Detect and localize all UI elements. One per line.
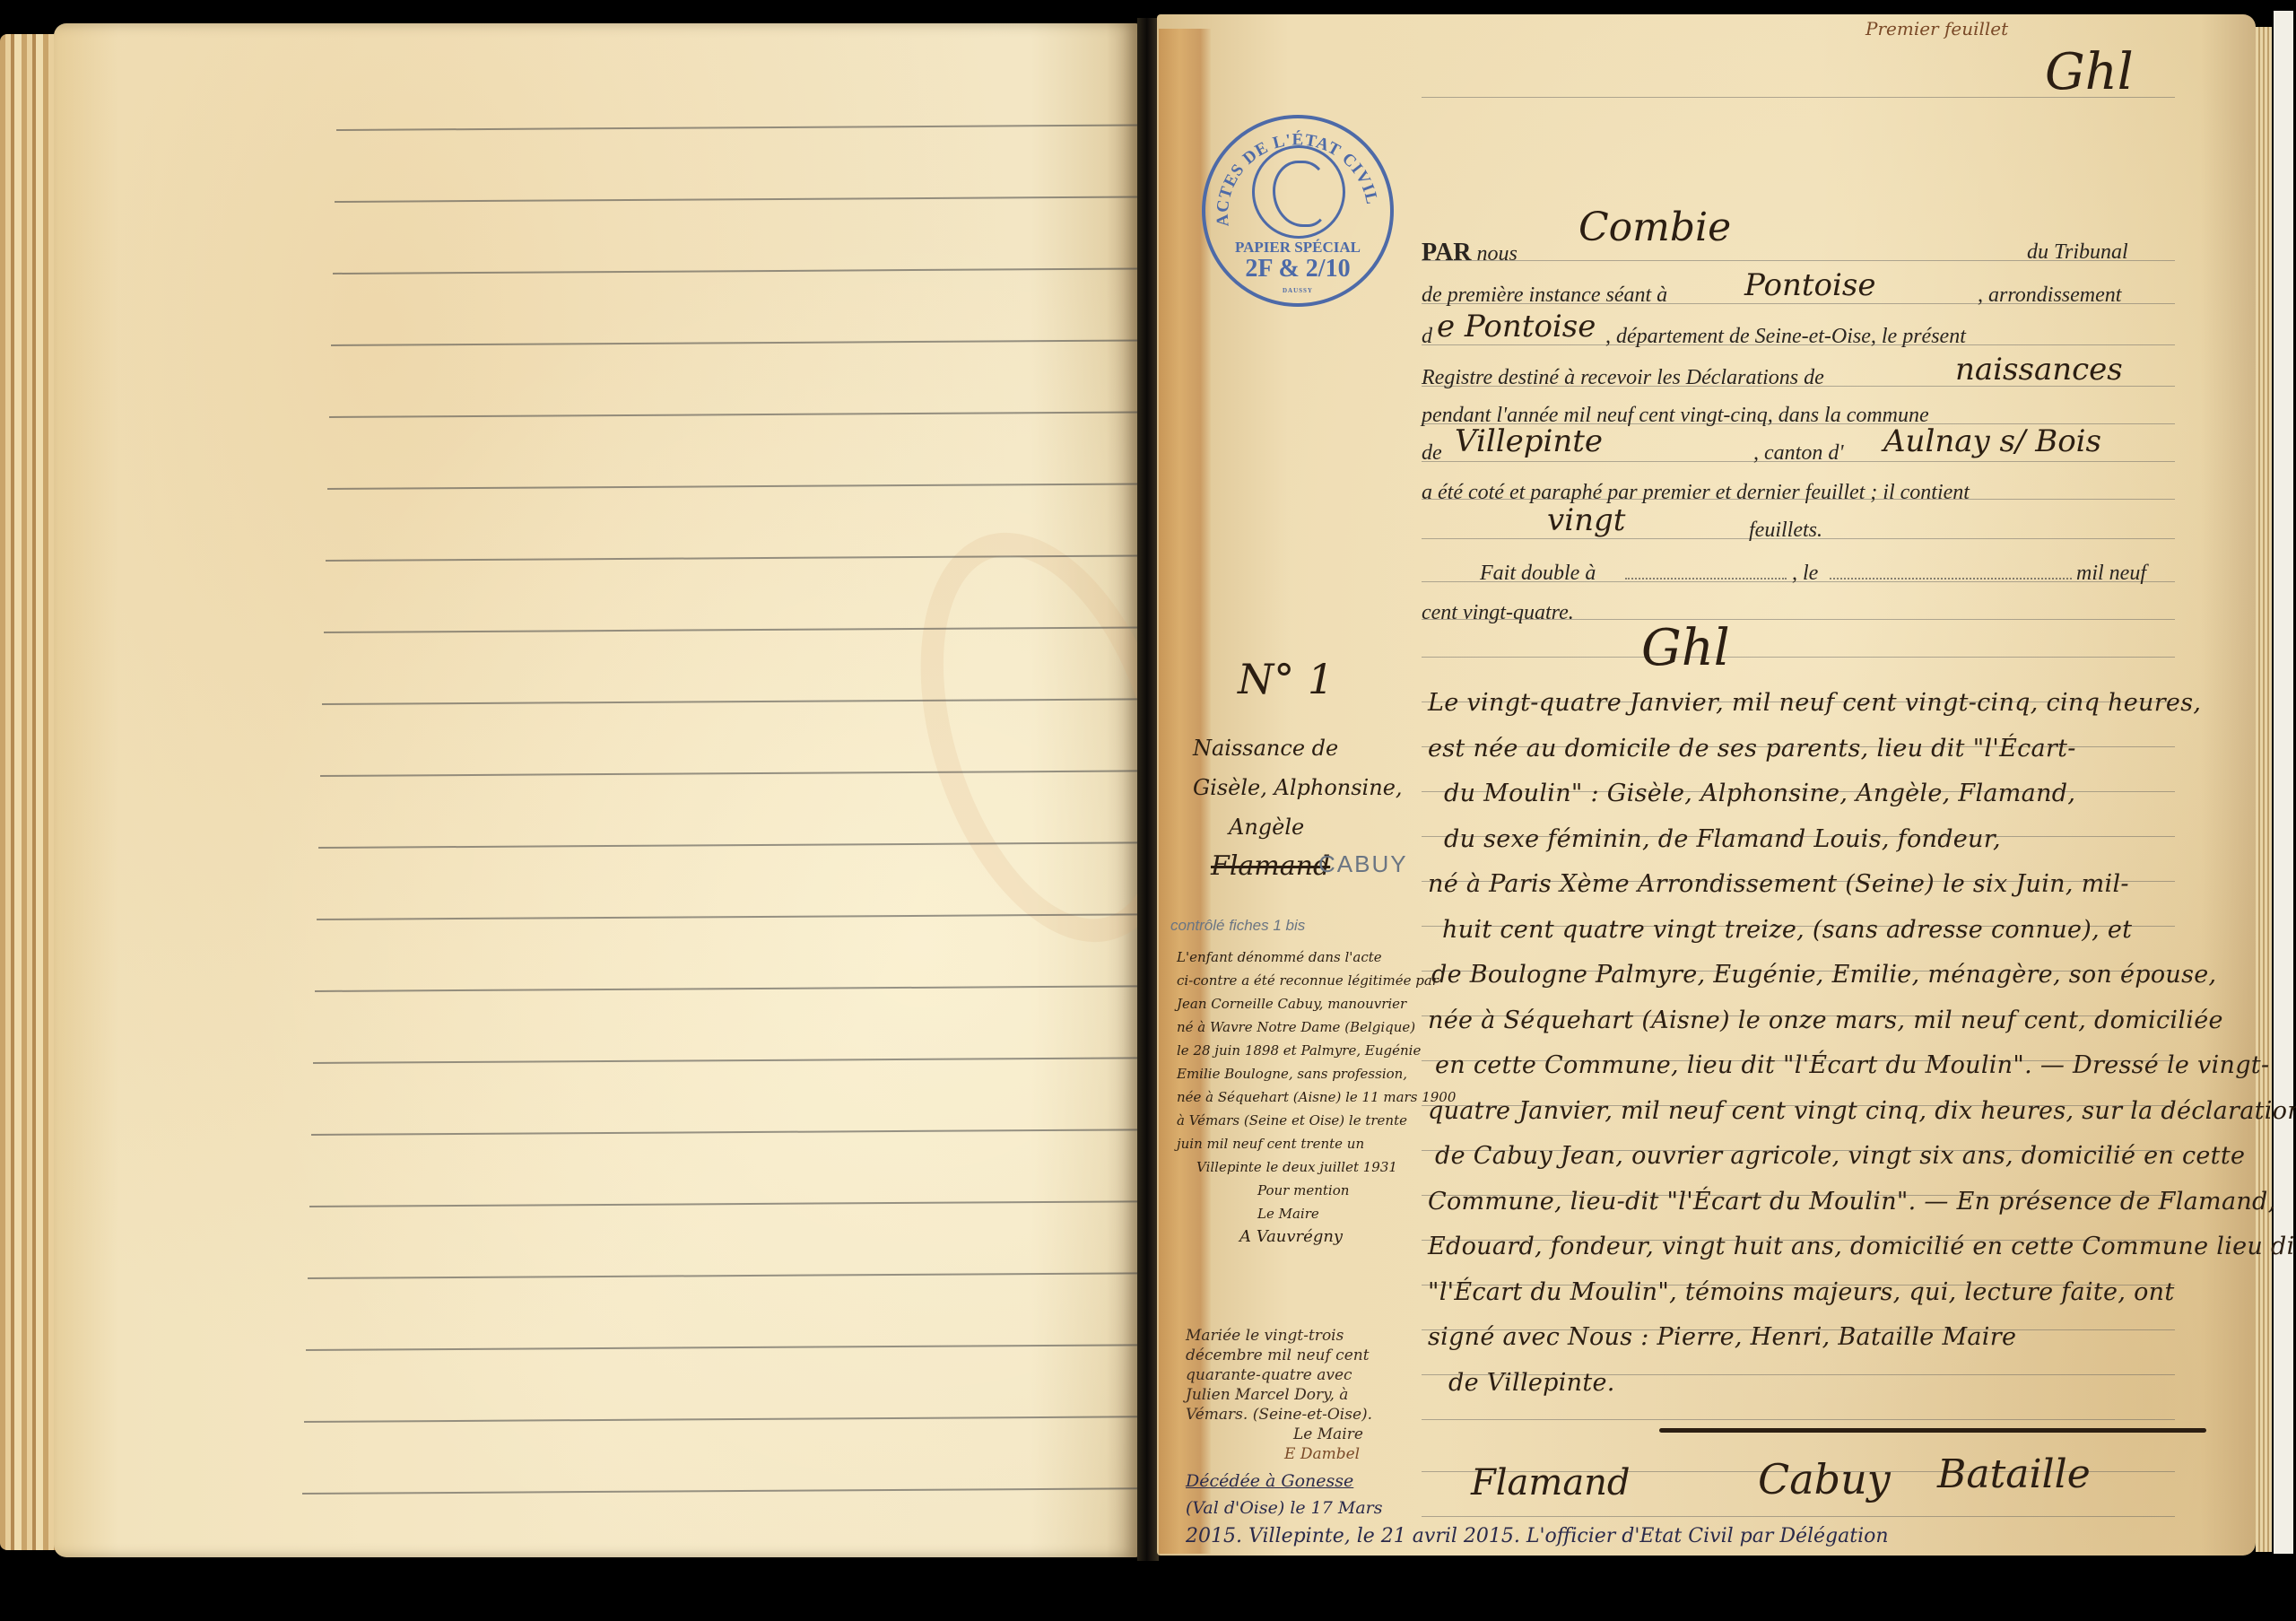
pencil-note: contrôlé fiches 1 bis	[1170, 917, 1305, 935]
act-line: de Boulogne Palmyre, Eugénie, Emilie, mé…	[1431, 961, 2216, 989]
note-line: Décédée à Gonesse	[1186, 1468, 1383, 1495]
note-line: Vémars. (Seine-et-Oise).	[1186, 1405, 1372, 1425]
note-line: Mariée le vingt-trois	[1186, 1326, 1372, 1346]
signature-cabuy: Cabuy	[1758, 1455, 1891, 1503]
note-line: (Val d'Oise) le 17 Mars	[1186, 1495, 1383, 1521]
book-gutter	[1137, 18, 1159, 1561]
tax-stamp: ACTES DE L'ÉTAT CIVIL PAPIER SPÉCIAL 2F …	[1202, 115, 1394, 307]
margin-title-line: Naissance de	[1193, 728, 1403, 768]
ruled-line	[304, 1416, 1213, 1423]
note-line: L'enfant dénommé dans l'acte	[1177, 946, 1456, 969]
register-type: naissances	[1955, 352, 2123, 388]
note-line: juin mil neuf cent trente un	[1177, 1132, 1456, 1155]
note-line: né à Wavre Notre Dame (Belgique)	[1177, 1015, 1456, 1039]
note-line: Pour mention	[1177, 1179, 1456, 1202]
form-line-1: PAR nous	[1422, 239, 1518, 267]
recognition-note: L'enfant dénommé dans l'acte ci-contre a…	[1177, 946, 1456, 1249]
header-paraph: Ghl	[1641, 619, 1730, 677]
death-note: Décédée à Gonesse (Val d'Oise) le 17 Mar…	[1186, 1468, 1383, 1521]
form-line-2-suffix: , arrondissement	[1978, 283, 2121, 308]
ruled-line	[1422, 1419, 2175, 1420]
note-line: quarante-quatre avec	[1186, 1365, 1372, 1385]
ruled-line	[329, 411, 1162, 418]
form-line-8-suffix: feuillets.	[1749, 519, 1822, 543]
page-tab	[2274, 11, 2293, 1554]
form-line-1-suffix: du Tribunal	[2027, 240, 2128, 265]
ruled-line	[315, 985, 1191, 992]
note-line: Le Maire	[1177, 1202, 1456, 1225]
tribunal-seat: Pontoise	[1744, 267, 1875, 303]
ruled-line	[311, 1129, 1198, 1136]
form-line-3-suffix: , département de Seine-et-Oise, le prése…	[1605, 325, 1966, 349]
act-line: de Cabuy Jean, ouvrier agricole, vingt s…	[1435, 1142, 2245, 1170]
stamp-maker: DAUSSY	[1205, 287, 1390, 294]
top-paraph: Ghl	[2045, 43, 2134, 101]
top-annotation: Premier feuillet	[1865, 18, 2008, 39]
margin-title-line: Angèle	[1193, 807, 1403, 847]
act-line: de Villepinte.	[1448, 1369, 1615, 1397]
note-line: ci-contre a été reconnue légitimée par	[1177, 969, 1456, 992]
form-line-6-prefix: de	[1422, 441, 1442, 466]
stamp-label: PAPIER SPÉCIAL	[1205, 239, 1390, 257]
note-line: Julien Marcel Dory, à	[1186, 1385, 1372, 1405]
ruled-line	[333, 267, 1155, 275]
marianne-head-icon	[1273, 161, 1328, 227]
act-line: né à Paris Xème Arrondissement (Seine) l…	[1428, 870, 2129, 898]
act-line: est née au domicile de ses parents, lieu…	[1428, 735, 2076, 763]
ruled-line	[308, 1272, 1205, 1279]
leaf-count: vingt	[1547, 502, 1625, 538]
margin-title-line: Gisèle, Alphonsine,	[1193, 768, 1403, 807]
note-line: le 28 juin 1898 et Palmyre, Eugénie	[1177, 1039, 1456, 1062]
act-line: signé avec Nous : Pierre, Henri, Bataill…	[1428, 1323, 2016, 1351]
form-line-3-prefix: d	[1422, 325, 1432, 349]
act-line: huit cent quatre vingt treize, (sans adr…	[1442, 916, 2132, 944]
stamp-price: 2F & 2/10	[1205, 255, 1390, 283]
right-page-edges	[2256, 27, 2272, 1552]
act-line: en cette Commune, lieu dit "l'Écart du M…	[1435, 1051, 2269, 1079]
ruled-line	[336, 124, 1148, 131]
note-line: Le Maire	[1186, 1425, 1372, 1444]
form-line-10: cent vingt-quatre.	[1422, 601, 1574, 625]
act-line: du Moulin" : Gisèle, Alphonsine, Angèle,…	[1444, 780, 2075, 807]
form-line-9-prefix: Fait double à	[1480, 562, 1596, 586]
judge-name: Combie	[1578, 205, 1731, 250]
left-page	[54, 23, 1139, 1557]
ruled-line	[306, 1344, 1209, 1351]
mayor-signature: A Vauvrégny	[1177, 1225, 1456, 1249]
act-line: du sexe féminin, de Flamand Louis, fonde…	[1444, 825, 2001, 853]
ruled-line	[1422, 1516, 2175, 1517]
act-line: Commune, lieu-dit "l'Écart du Moulin". —…	[1428, 1188, 2276, 1216]
act-number: N° 1	[1238, 655, 1334, 703]
canton-name: Aulnay s/ Bois	[1883, 423, 2101, 459]
ruled-line	[331, 339, 1159, 346]
arrondissement-name: e Pontoise	[1437, 309, 1596, 344]
marianne-medallion-icon	[1252, 145, 1345, 239]
blank-place-field	[1625, 578, 1787, 580]
ruled-line	[309, 1200, 1202, 1207]
ruled-line	[302, 1487, 1216, 1495]
ruled-line	[335, 196, 1152, 203]
note-line: décembre mil neuf cent	[1186, 1346, 1372, 1365]
ruled-line	[1422, 657, 2175, 658]
form-line-6-mid: , canton d'	[1753, 441, 1843, 466]
note-line: à Vémars (Seine et Oise) le trente	[1177, 1109, 1456, 1132]
act-line: Le vingt-quatre Janvier, mil neuf cent v…	[1428, 689, 2201, 717]
form-nous: nous	[1476, 242, 1517, 266]
form-par: PAR	[1422, 239, 1471, 266]
signature-flamand: Flamand	[1471, 1462, 1631, 1503]
form-line-4: Registre destiné à recevoir les Déclarat…	[1422, 366, 1824, 390]
commune-name: Villepinte	[1455, 423, 1603, 459]
mayor-signature: E Dambel	[1186, 1444, 1372, 1464]
form-line-2: de première instance séant à	[1422, 283, 1667, 308]
act-line: née à Séquehart (Aisne) le onze mars, mi…	[1428, 1007, 2223, 1034]
marriage-note: Mariée le vingt-trois décembre mil neuf …	[1186, 1326, 1372, 1464]
act-line: "l'Écart du Moulin", témoins majeurs, qu…	[1428, 1278, 2174, 1306]
form-line-7: a été coté et paraphé par premier et der…	[1422, 481, 1970, 505]
ruled-line	[327, 483, 1166, 490]
act-line: quatre Janvier, mil neuf cent vingt cinq…	[1428, 1097, 2296, 1125]
note-line: Villepinte le deux juillet 1931	[1177, 1155, 1456, 1179]
closing-rule	[1659, 1428, 2206, 1433]
form-line-9-suffix: mil neuf	[2076, 562, 2146, 586]
footer-note: 2015. Villepinte, le 21 avril 2015. L'of…	[1186, 1525, 1889, 1547]
ruled-line	[313, 1057, 1195, 1064]
note-line: Emilie Boulogne, sans profession,	[1177, 1062, 1456, 1085]
signature-bataille: Bataille	[1937, 1451, 2091, 1497]
note-line: Jean Corneille Cabuy, manouvrier	[1177, 992, 1456, 1015]
blank-date-field	[1830, 578, 2072, 580]
form-line-9-mid: , le	[1792, 562, 1818, 586]
note-line: née à Séquehart (Aisne) le 11 mars 1900	[1177, 1085, 1456, 1109]
act-line: Edouard, fondeur, vingt huit ans, domici…	[1428, 1233, 2296, 1260]
pencil-correction: CABUY	[1318, 850, 1408, 878]
